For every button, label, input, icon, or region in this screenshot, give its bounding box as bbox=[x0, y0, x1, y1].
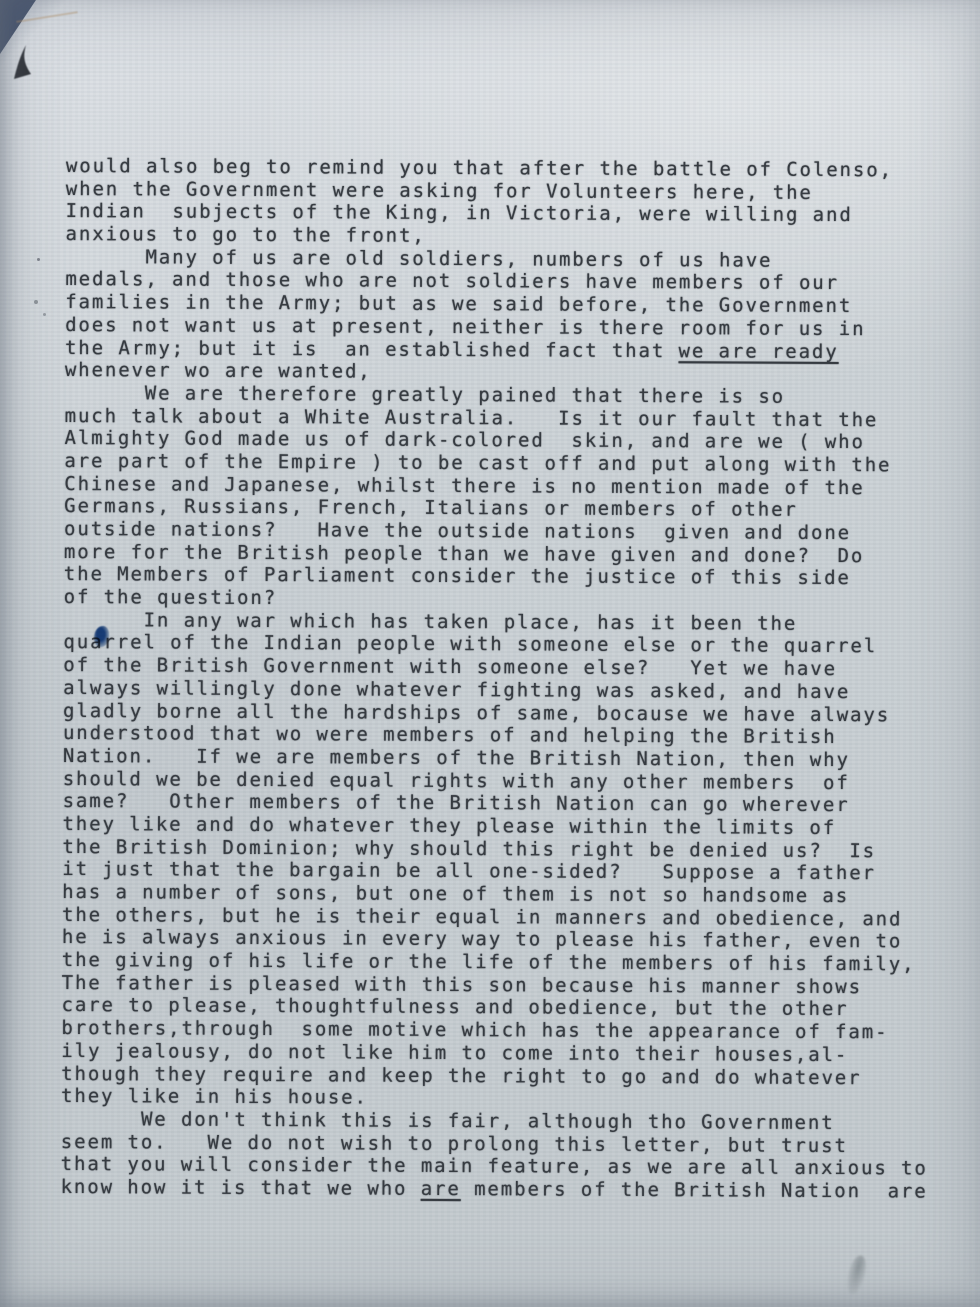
line-text: medals, and those who are not soldiers h… bbox=[65, 268, 839, 294]
underlined-text: we are ready bbox=[679, 340, 839, 363]
line-text: know how it is that we who bbox=[61, 1176, 421, 1200]
line-text: much talk about a White Australia. Is it… bbox=[65, 405, 879, 431]
underlined-text: are bbox=[421, 1178, 461, 1200]
line-text: should we be denied equal rights with an… bbox=[63, 768, 850, 794]
line-text: they like and do whatever they please wi… bbox=[62, 813, 836, 839]
line-text: same? Other members of the British Natio… bbox=[63, 790, 850, 816]
line-text: seem to. We do not wish to prolong this … bbox=[61, 1131, 848, 1157]
line-text: when the Government were asking for Volu… bbox=[66, 178, 813, 204]
line-text: outside nations? Have the outside nation… bbox=[64, 518, 851, 544]
line-text: ily jealousy, do not like him to come in… bbox=[61, 1040, 848, 1066]
line-text: it just that the bargain be all one-side… bbox=[62, 858, 876, 884]
pen-mark-icon bbox=[11, 45, 37, 81]
line-text: they like in his house. bbox=[61, 1085, 368, 1109]
ink-speck bbox=[34, 300, 38, 304]
line-text: more for the British people than we have… bbox=[64, 541, 864, 567]
line-text: of the question? bbox=[64, 586, 278, 609]
line-text: quarrel of the Indian people with someon… bbox=[63, 631, 877, 657]
document-line: know how it is that we who are members o… bbox=[61, 1176, 928, 1203]
line-text: Many of us are old soldiers, numbers of … bbox=[65, 246, 772, 272]
line-text: the Members of Parliament consider the j… bbox=[64, 563, 851, 589]
line-text: the British Dominion; why should this ri… bbox=[62, 836, 876, 862]
smudge-mark bbox=[843, 1254, 869, 1297]
letter-body: would also beg to remind you that after … bbox=[61, 155, 934, 1203]
line-text: care to please, thoughtfulness and obedi… bbox=[61, 994, 848, 1020]
line-text: In any war which has taken place, has it… bbox=[64, 609, 798, 635]
letter-page: would also beg to remind you that after … bbox=[0, 0, 980, 1307]
line-text: the Army; but it is an established fact … bbox=[65, 336, 679, 361]
line-text: The father is pleased with this son beca… bbox=[62, 972, 862, 998]
line-text: Germans, Russians, French, Italians or m… bbox=[64, 495, 798, 521]
line-text: families in the Army; but as we said bef… bbox=[65, 291, 852, 317]
line-text: understood that wo were members of and h… bbox=[63, 722, 837, 748]
line-text: has a number of sons, but one of them is… bbox=[62, 881, 849, 907]
line-text: though they require and keep the right t… bbox=[61, 1062, 861, 1088]
line-text: anxious to go to the front, bbox=[66, 223, 426, 247]
line-text: We don't think this is fair, although th… bbox=[61, 1108, 835, 1134]
line-text: does not want us at present, neither is … bbox=[65, 314, 865, 340]
line-text: of the British Government with someone e… bbox=[63, 654, 837, 680]
line-text: members of the British Nation are bbox=[461, 1178, 928, 1202]
line-text: Nation. If we are members of the British… bbox=[63, 745, 850, 771]
line-text: Indian subjects of the King, in Victoria… bbox=[66, 200, 853, 226]
ink-speck bbox=[37, 258, 40, 261]
ink-speck bbox=[43, 313, 46, 316]
line-text: whenever wo are wanted, bbox=[65, 359, 372, 383]
line-text: Almighty God made us of dark-colored ski… bbox=[64, 427, 864, 453]
line-text: We are therefore greatly pained that the… bbox=[65, 382, 785, 408]
line-text: Chinese and Japanese, whilst there is no… bbox=[64, 473, 864, 499]
line-text: always willingly done whatever fighting … bbox=[63, 677, 850, 703]
